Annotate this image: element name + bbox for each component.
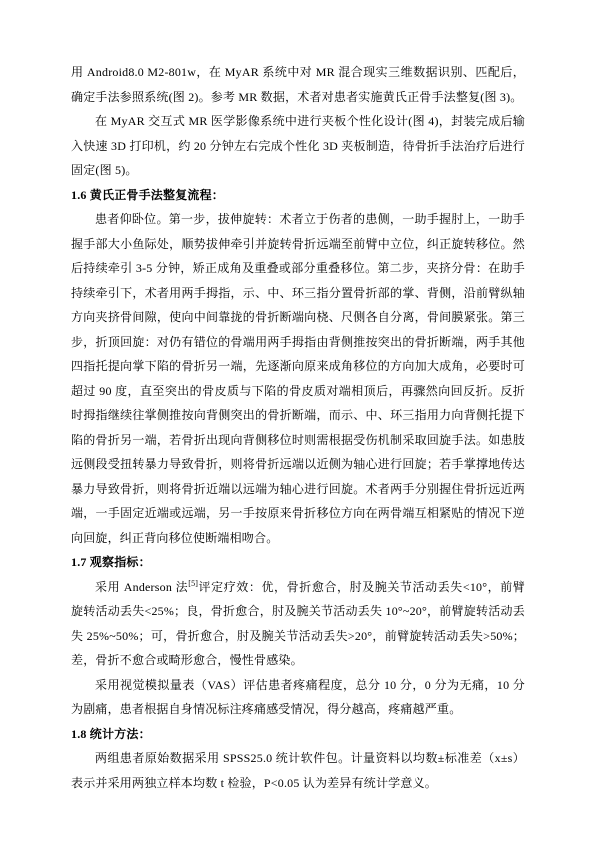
- paragraph-statistics-method: 两组患者原始数据采用 SPSS25.0 统计软件包。计量资料以均数±标准差（x±…: [71, 746, 525, 795]
- heading-section-1-6: 1.6 黄氏正骨手法整复流程：: [71, 183, 525, 208]
- paragraph-reduction-steps: 患者仰卧位。第一步，拔伸旋转：术者立于伤者的患侧，一助手握肘上，一助手握手部大小…: [71, 207, 525, 550]
- paragraph-splint-design: 在 MyAR 交互式 MR 医学影像系统中进行夹板个性化设计(图 4)，封装完成…: [71, 109, 525, 183]
- heading-section-1-7: 1.7 观察指标：: [71, 550, 525, 575]
- paragraph-ar-registration: 用 Android8.0 M2-801w，在 MyAR 系统中对 MR 混合现实…: [71, 60, 525, 109]
- heading-section-1-8: 1.8 统计方法：: [71, 722, 525, 747]
- outcome-criteria-text-before-citation: 采用 Anderson 法: [95, 580, 188, 594]
- paragraph-vas-score: 采用视觉模拟量表（VAS）评估患者疼痛程度，总分 10 分，0 分为无痛，10 …: [71, 673, 525, 722]
- citation-reference-5: [5]: [188, 579, 198, 588]
- document-page: 用 Android8.0 M2-801w，在 MyAR 系统中对 MR 混合现实…: [0, 0, 595, 842]
- paragraph-outcome-criteria: 采用 Anderson 法[5]评定疗效：优，骨折愈合，肘及腕关节活动丢失<10…: [71, 575, 525, 673]
